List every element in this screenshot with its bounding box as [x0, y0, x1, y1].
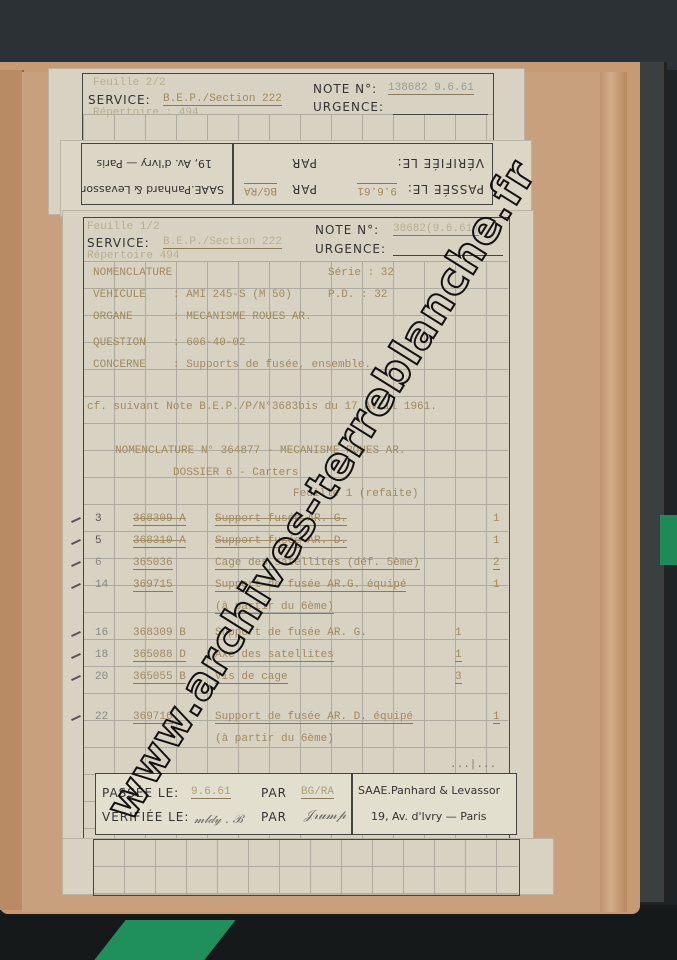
feuille-label: Feuille 2/2 [93, 77, 166, 89]
pd: P.D. : 32 [328, 289, 387, 301]
urgence-label: URGENCE: [313, 100, 384, 114]
kraft-page-edge [600, 72, 627, 912]
par-label: PAR [261, 786, 287, 800]
service-label: SERVICE: [87, 236, 150, 250]
background-top [0, 0, 677, 70]
table-row: 14 369715 Support de fusée AR.G. équipé … [95, 579, 505, 601]
continuation-marks: ...|... [450, 759, 496, 771]
table-row: (à partir du 6ème) [95, 601, 505, 623]
passee-value: 9.6.61 [357, 183, 397, 196]
green-accent-right [660, 515, 677, 565]
note-label: NOTE N°: [315, 223, 379, 237]
verifiee-label: VÉRIFIÉE LE: [397, 156, 484, 170]
feuille-label: Feuille 1/2 [87, 221, 160, 233]
service-label: SERVICE: [88, 93, 151, 107]
inverted-stamp-strip: PASSÉE LE: 9.6.61 PAR BG/RA VÉRIFIÉE LE:… [60, 140, 532, 217]
par-value: BG/RA [244, 183, 277, 196]
company-name: SAAE.Panhard & Levassor [82, 183, 224, 196]
company-name: SAAE.Panhard & Levassor [358, 784, 500, 797]
note-value: 138682 9.6.61 [388, 82, 474, 95]
serie: Série : 32 [328, 267, 394, 279]
table-row: 18 365088 D Axe des satellites 1 [95, 649, 505, 671]
service-value: B.E.P./Section 222 [163, 236, 282, 249]
par-label-2: PAR [261, 810, 287, 824]
field-concerne: CONCERNE : Supports de fusée, ensemble. [93, 359, 493, 381]
lower-grid-strip [62, 838, 554, 895]
repertoire: Répertoire 494 [87, 250, 179, 262]
verifiee-signature: 𝓂𝓁𝒹𝓎 . ℬ [194, 812, 243, 827]
table-row: 20 365055 B Vis de cage 3 [95, 671, 505, 693]
par-label: PAR [291, 182, 317, 196]
divider [233, 144, 235, 204]
urgence-label: URGENCE: [315, 242, 386, 256]
repertoire: Répertoire : 494. [93, 107, 205, 119]
note-label: NOTE N°: [313, 82, 377, 96]
par-signature: 𝒥𝓇𝓊𝓂𝓅 [304, 808, 346, 823]
par-label-2: PAR [291, 156, 317, 170]
company-address: 19, Av. d'Ivry — Paris [371, 810, 487, 823]
passee-value: 9.6.61 [191, 786, 231, 799]
inverted-stamp-box: PASSÉE LE: 9.6.61 PAR BG/RA VÉRIFIÉE LE:… [81, 143, 493, 205]
dossier: DOSSIER 6 - Carters [173, 467, 298, 479]
divider [351, 774, 353, 834]
table-row: 16 368309 B Support de fusée AR. G. 1 [95, 627, 505, 649]
par-value: BG/RA [301, 786, 334, 799]
strip-frame [93, 839, 520, 896]
urgence-line [393, 114, 488, 115]
left-page-edge [0, 70, 24, 910]
service-value: B.E.P./Section 222 [163, 93, 282, 106]
passee-label: PASSÉE LE: [407, 182, 484, 196]
company-address: 19, Av. d'Ivry — Paris [97, 157, 213, 170]
